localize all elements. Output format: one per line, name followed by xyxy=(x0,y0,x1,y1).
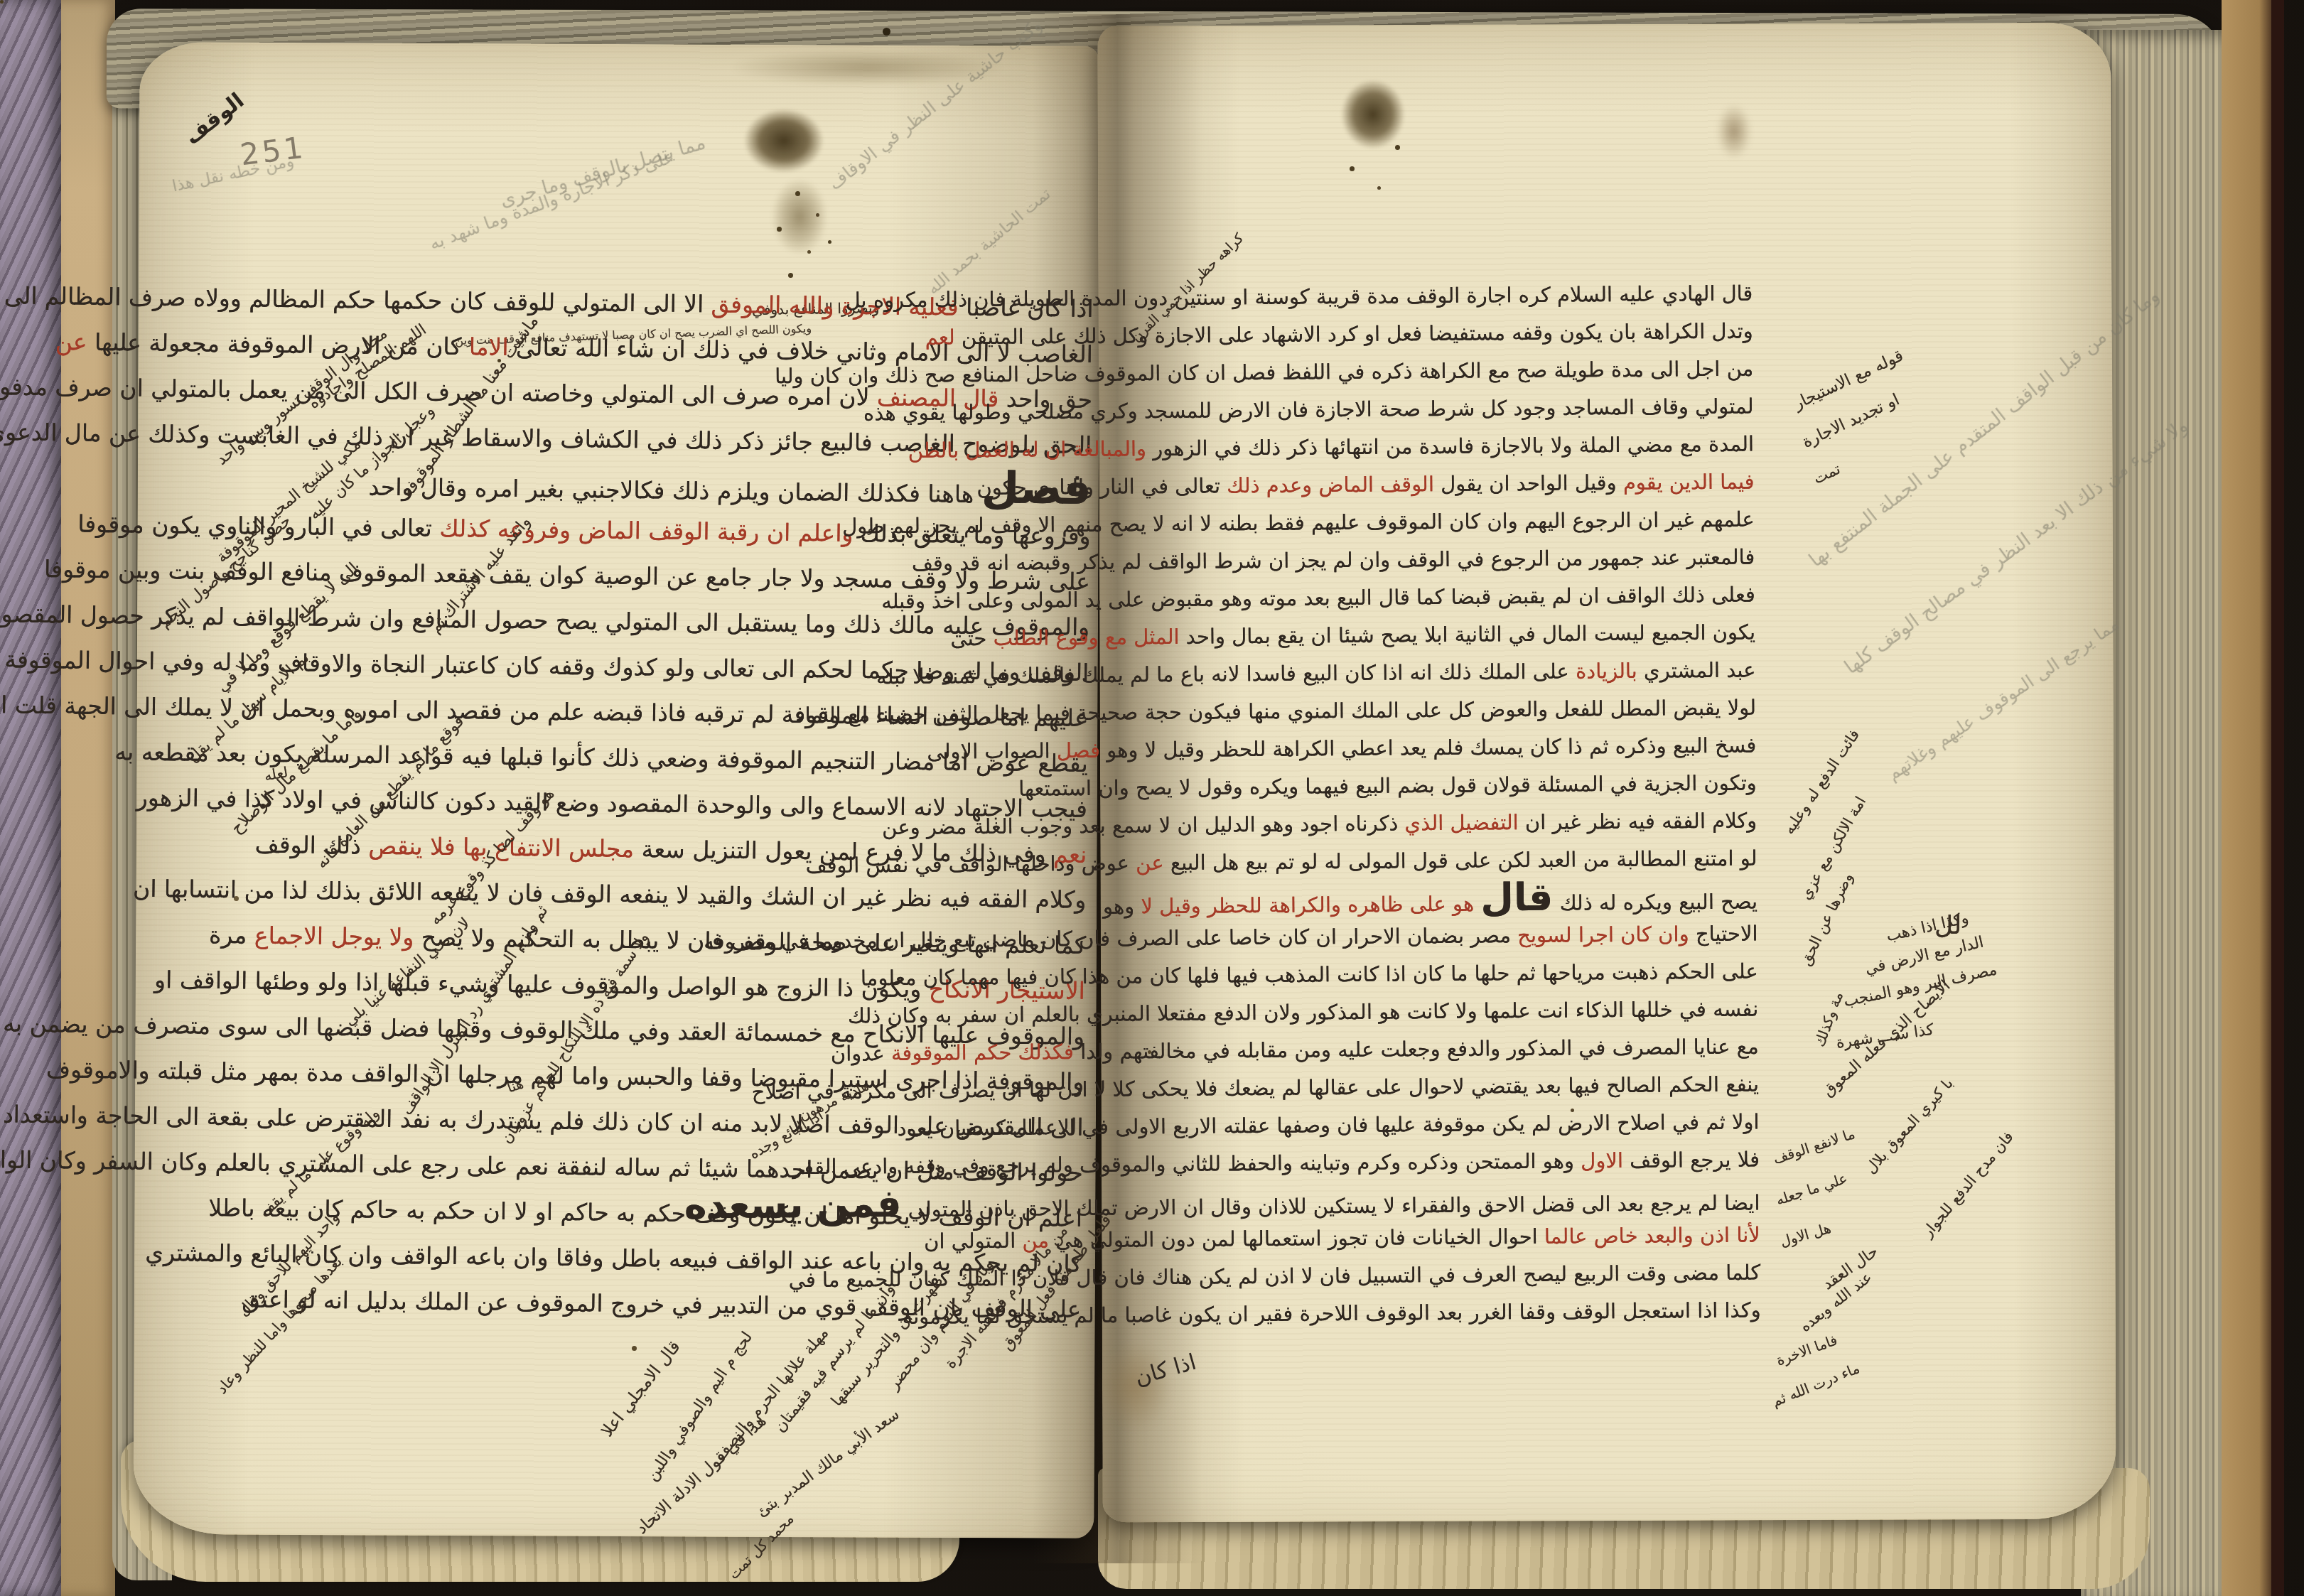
text-line: وتدل الكراهة بان يكون وقفه مستفيضا فعل ا… xyxy=(1125,314,1753,357)
large-heading-word: فمن يسعده xyxy=(684,1181,901,1227)
red-ink-word: لأنا اذن والبعد خاص عالما xyxy=(1544,1223,1760,1249)
manuscript-photo: الوقف 251 اذا كان وبصروا المنافع بدوفي و… xyxy=(0,0,2304,1596)
text-line: من اجل الى مدة طويلة صح مع الكراهة ذكره … xyxy=(1125,352,1753,394)
red-ink-word: فيما الدين يقوم xyxy=(1623,470,1755,495)
text-line: ينفع الحكم الصالح فيها بعد يقتضي لاحوال … xyxy=(1131,1067,1759,1110)
red-ink-word: فصل xyxy=(1057,738,1100,762)
text-line: فسخ البيع وذكره ثم ذا كان يمسك فلم يعد ا… xyxy=(1128,728,1756,771)
red-ink-word: لعم xyxy=(925,325,954,349)
red-ink-word: عن xyxy=(55,328,87,356)
text-line: مع عنايا المصرف في المذكور والدفع وجعلت … xyxy=(1131,1030,1759,1072)
red-ink-word: التفضيل الذي xyxy=(1404,810,1518,835)
red-ink-word: واعلم ان xyxy=(767,518,854,546)
red-ink-word: رقبة الوقف الماض وفروعه كذلك xyxy=(439,514,759,546)
large-heading-word: قال xyxy=(1480,875,1553,920)
text-line: وتكون الجزية في المسئلة قولان قول بضم ال… xyxy=(1129,766,1757,809)
red-ink-word: وقوع الطلب xyxy=(993,625,1098,650)
red-ink-word: فكذلك حكم الموقوفة xyxy=(891,1040,1074,1065)
text-line: فلا يرجع الوقف الاول وهو الممتحن وذكره و… xyxy=(1131,1143,1760,1185)
ink-specks xyxy=(0,0,4,4)
text-line: فيما الدين يقوم وقيل الواحد ان يقول الوق… xyxy=(1126,465,1754,507)
spine-cloth-strip xyxy=(0,0,63,1596)
right-page-text-block: قال الهادي عليه السلام كره اجارة الوقف م… xyxy=(1124,276,1761,1336)
red-ink-word: ولا يوجل الاجماع xyxy=(254,922,414,951)
text-line: على الحكم ذهبت مرياحها ثم حلها ما كان اذ… xyxy=(1130,954,1758,997)
red-ink-word: بالزيادة xyxy=(1576,659,1637,684)
text-line: ايضا لم يرجع بعد الى قضل الاحق والفقراء … xyxy=(1131,1180,1760,1223)
red-ink-word: المثل مع xyxy=(1105,625,1180,649)
text-line: كلما مضى وقت الربيع ليصح العرف في التسبي… xyxy=(1132,1256,1760,1298)
cover-edge-line xyxy=(2271,0,2284,1596)
text-line: لمتولي وقاف المساجد وجود كل شرط صحة الاج… xyxy=(1125,389,1753,432)
red-ink-word: الوقف الماض وعدم ذلك xyxy=(1227,472,1434,497)
red-ink-word: العمل بالظن xyxy=(908,438,1015,463)
red-ink-word: فلا ينقص xyxy=(368,832,456,861)
text-line: عبد المشتري بالزيادة على الملك ذلك انه ا… xyxy=(1127,653,1755,696)
text-line: المدة مع مضي الملة ولا بالاجازة فاسدة من… xyxy=(1126,427,1754,470)
text-line: وكذا اذا استعجل الوقف وقفا الغرر بعد الو… xyxy=(1132,1293,1760,1336)
right-cover-board xyxy=(2222,0,2276,1596)
text-line: علمهم غير ان الرجوع اليهم وان كان الموقو… xyxy=(1126,502,1755,545)
text-line: فعلى ذلك الواقف ان لم يقبض قبضا كما قال … xyxy=(1127,578,1755,620)
red-ink-word: الاول xyxy=(1581,1148,1623,1172)
text-line: الاحتياج وان كان اجرا لسويح مصر بضمان ال… xyxy=(1129,917,1757,959)
red-ink-word: هو على ظاهره والكراهة للحظر وقيل لا xyxy=(1141,892,1474,919)
text-line: فالمعتبر عند جمهور من الرجوع في الوقف وا… xyxy=(1126,540,1755,583)
red-ink-word: وان كان اجرا لسويح xyxy=(1517,922,1689,947)
text-line: يصح البيع ويكره له ذلك قال هو على ظاهره … xyxy=(1129,879,1757,922)
text-line: لأنا اذن والبعد خاص عالما احوال الخيانات… xyxy=(1132,1218,1760,1261)
text-line: اولا ثم في اصلاح الارض لم يكن موقوفة علي… xyxy=(1131,1105,1759,1148)
text-line: قال الهادي عليه السلام كره اجارة الوقف م… xyxy=(1124,276,1753,319)
text-line: يكون الجميع ليست المال في الثانية ابلا ي… xyxy=(1127,615,1755,658)
text-line: وكلام الفقه فيه نظر غير ان التفضيل الذي … xyxy=(1129,804,1757,846)
text-line: نفسه في خللها الذكاء انت علمها ولا كانت … xyxy=(1130,992,1758,1035)
red-ink-word: عن xyxy=(1136,851,1164,875)
spine-board-strip xyxy=(61,0,115,1596)
text-line: لو امتنع المطالبة من العبد لكن على قول ا… xyxy=(1129,841,1757,884)
red-ink-word: والمبالغة ان له xyxy=(1021,436,1146,461)
text-line: لولا يقبض المطل للفعل والعوض كل على المل… xyxy=(1128,691,1756,733)
